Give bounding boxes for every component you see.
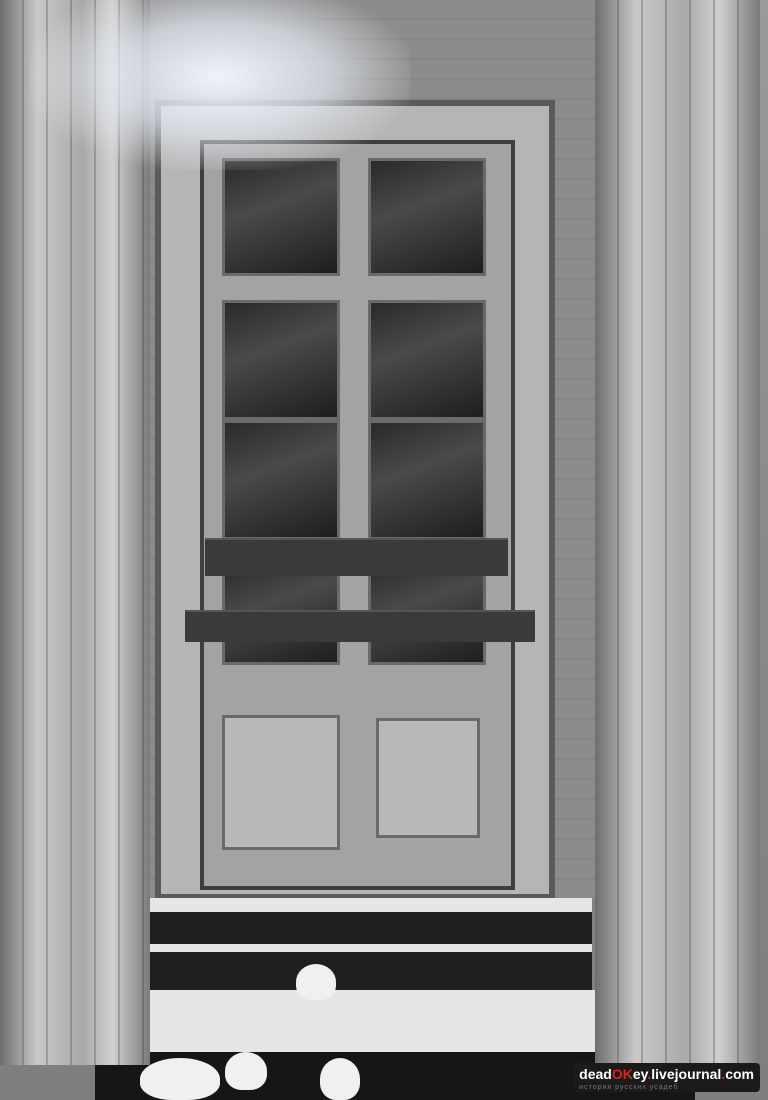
snow-ground (100, 990, 660, 1052)
snow-clump (320, 1058, 360, 1100)
photograph: deadOKey.livejournal.com история русских… (0, 0, 768, 1100)
snow-clump (225, 1052, 267, 1090)
snow-clump (140, 1058, 220, 1100)
watermark-text: com (725, 1066, 754, 1082)
door-panel (222, 715, 340, 850)
watermark-text: dead (579, 1066, 612, 1082)
watermark: deadOKey.livejournal.com история русских… (573, 1063, 760, 1092)
right-column (595, 0, 760, 1065)
snow-on-step (145, 898, 592, 912)
print-glare (30, 0, 410, 170)
watermark-text-accent: OK (612, 1066, 633, 1082)
door-panel (376, 718, 480, 838)
glass-pane (368, 420, 486, 540)
watermark-text: livejournal (651, 1066, 721, 1082)
snow-clump (296, 964, 336, 1000)
watermark-text: ey (633, 1066, 648, 1082)
glass-pane (368, 158, 486, 276)
watermark-subtitle: история русских усадеб (579, 1083, 754, 1092)
glass-pane (222, 158, 340, 276)
step (145, 912, 592, 944)
snow-on-step (145, 944, 592, 952)
boarding-plank (205, 538, 508, 576)
glass-pane (222, 420, 340, 540)
glass-pane (368, 300, 486, 420)
glass-pane (222, 300, 340, 420)
boarding-plank (185, 610, 535, 642)
